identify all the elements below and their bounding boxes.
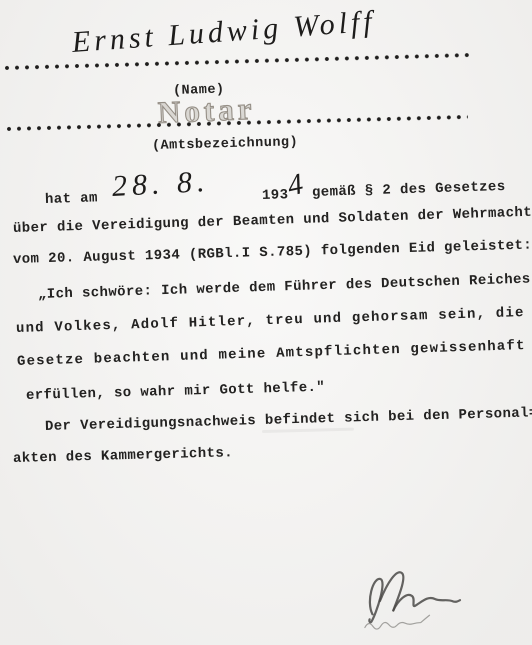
intro-line-2: über die Vereidigung der Beamten und Sol… xyxy=(13,205,532,237)
oath-line-1: „Ich schwöre: Ich werde dem Führer des D… xyxy=(38,272,531,303)
handwritten-date: 28. 8. xyxy=(111,165,210,204)
intro-line-3: vom 20. August 1934 (RGBl.I S.785) folge… xyxy=(13,238,532,268)
signature-icon xyxy=(349,555,492,640)
oath-line-3: Gesetze beachten und meine Amtspflichten… xyxy=(17,338,526,370)
oath-intro-prefix: hat am xyxy=(45,190,98,208)
closing-line-2: akten des Kammergerichts. xyxy=(13,445,233,467)
oath-intro-suffix: gemäß § 2 des Gesetzes xyxy=(312,179,506,201)
scanned-document-page: Ernst Ludwig Wolff (Name) Notar (Amtsbez… xyxy=(0,0,532,645)
oath-line-2: und Volkes, Adolf Hitler, treu und gehor… xyxy=(16,305,525,337)
handwritten-name: Ernst Ludwig Wolff xyxy=(71,5,377,60)
year-typed: 193 xyxy=(262,187,289,204)
signature-scrawl xyxy=(349,555,492,645)
office-label: (Amtsbezeichnung) xyxy=(152,135,299,154)
oath-line-4: erfüllen, so wahr mir Gott helfe." xyxy=(26,380,326,404)
